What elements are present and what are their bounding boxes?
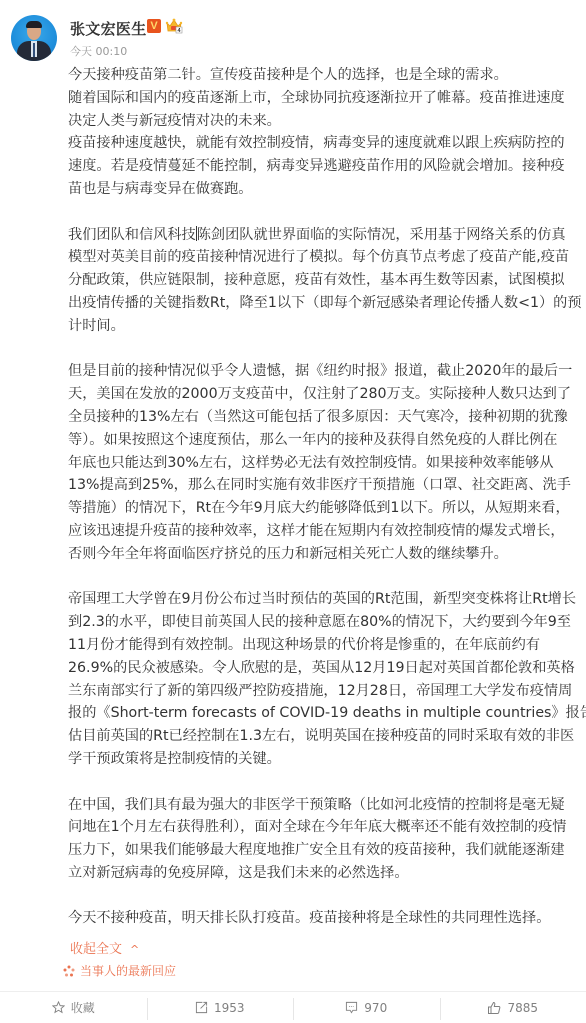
text-line: 今天接种疫苗第二针。宣传疫苗接种是个人的选择，也是全球的需求。 (68, 64, 578, 87)
text-line: 等措施）的情况下，Rt在今年9月底大约能够降低到1以下。所以，从短期来看， (68, 497, 578, 520)
text-line: 计时间。 (68, 315, 578, 338)
latest-response-label: 当事人的最新回应 (80, 962, 176, 979)
post-header: 张文宏医生 V 4 今天 00:10 (0, 0, 586, 62)
author-name[interactable]: 张文宏医生 (70, 18, 147, 39)
text-line: 应该迅速提升疫苗的接种效率，这样才能在短期内有效控制疫情的爆发式增长， (68, 520, 578, 543)
comment-button[interactable]: 970 (293, 996, 440, 1020)
text-line: 学干预政策将是控制疫情的关键。 (68, 748, 578, 771)
favorite-label: 收藏 (71, 999, 95, 1016)
text-line: 苗也是与病毒变异在做赛跑。 (68, 178, 578, 201)
like-button[interactable]: 7885 (440, 996, 586, 1020)
text-line: 否则今年全年将面临医疗挤兑的压力和新冠相关死亡人数的继续攀升。 (68, 543, 578, 566)
comment-count: 970 (364, 1001, 387, 1015)
text-line: 今天不接种疫苗，明天排长队打疫苗。疫苗接种将是全球性的共同理性选择。 (68, 907, 578, 930)
text-line: 出疫情传播的关键指数Rt，降至1以下（即每个新冠感染者理论传播人数<1）的预 (68, 292, 578, 315)
chevron-up-icon: ^ (130, 943, 139, 956)
comment-icon (345, 1001, 358, 1014)
paragraph: 我们团队和信风科技陈剑团队就世界面临的实际情况，采用基于网络关系的仿真 模型对英… (68, 224, 578, 338)
paragraph: 今天接种疫苗第二针。宣传疫苗接种是个人的选择，也是全球的需求。 随着国际和国内的… (68, 64, 578, 201)
favorite-button[interactable]: 收藏 (0, 996, 147, 1020)
text-line: 帝国理工大学曾在9月份公布过当时预估的英国的Rt范围，新型突变株将让Rt增长 (68, 588, 578, 611)
collapse-full-text-button[interactable]: 收起全文^ (70, 938, 139, 957)
text-line: 兰东南部实行了新的第四级严控防疫措施，12月28日，帝国理工大学发布疫情周 (68, 680, 578, 703)
text-line: 问地在1个月左右获得胜利），面对全球在今年年底大概率还不能有效控制的疫情 (68, 816, 578, 839)
action-bar: 收藏 1953 970 7885 (0, 991, 586, 1023)
avatar-tie (33, 43, 35, 57)
text-line: 疫苗接种速度越快，就能有效控制疫情，病毒变异的速度就难以跟上疾病防控的 (68, 132, 578, 155)
text-line: 压力下，如果我们能够最大程度地推广安全且有效的疫苗接种，我们就能逐渐建 (68, 839, 578, 862)
text-line: 等）。如果按照这个速度预估，那么一年内的接种及获得自然免疫的人群比例在 (68, 429, 578, 452)
text-line: 模型对英美目前的疫苗接种情况进行了模拟。每个仿真节点考虑了疫苗产能,疫苗 (68, 246, 578, 269)
text-line: 在中国，我们具有最为强大的非医学干预策略（比如河北疫情的控制将是毫无疑 (68, 794, 578, 817)
collapse-label: 收起全文 (70, 942, 122, 957)
paragraph: 但是目前的接种情况似乎令人遗憾，据《纽约时报》报道，截止2020年的最后一 天，… (68, 360, 578, 565)
text-line: 速度。若是疫情蔓延不能控制，病毒变异逃避疫苗作用的风险就会增加。接种疫 (68, 155, 578, 178)
text-line: 立对新冠病毒的免疫屏障，这是我们未来的必然选择。 (68, 862, 578, 885)
repost-count: 1953 (214, 1001, 245, 1015)
crown-icon[interactable]: 4 (165, 17, 183, 34)
text-line: 11月份才能得到有效控制。出现这种场景的代价将是惨重的，在年底前约有 (68, 634, 578, 657)
text-line: 决定人类与新冠疫情对决的未来。 (68, 110, 578, 133)
text-segment: 陈剑团队就世界面临的实际情况，采用基于网络关系的仿真 (197, 227, 566, 243)
text-line: 全员接种的13%左右（当然这可能包括了很多原因：天气寒冷，接种初期的犹豫 (68, 406, 578, 429)
text-line: 13%提高到25%，那么在同时实施有效非医疗干预措施（口罩、社交距离、洗手 (68, 474, 578, 497)
text-line: 年底也只能达到30%左右，这样势必无法有效控制疫情。如果接种效率能够从 (68, 452, 578, 475)
paragraph: 在中国，我们具有最为强大的非医学干预策略（比如河北疫情的控制将是毫无疑 问地在1… (68, 794, 578, 885)
paragraph: 帝国理工大学曾在9月份公布过当时预估的英国的Rt范围，新型突变株将让Rt增长 到… (68, 588, 578, 770)
text-line: 天，美国在发放的2000万支疫苗中，仅注射了280万支。实际接种人数只达到了 (68, 383, 578, 406)
text-segment: 我们团队和信风科技 (68, 227, 196, 243)
star-icon (52, 1001, 65, 1014)
latest-response-link[interactable]: 当事人的最新回应 (62, 962, 176, 979)
like-count: 7885 (507, 1001, 538, 1015)
text-line: 报的《Short-term forecasts of COVID-19 deat… (68, 702, 578, 725)
text-line: 但是目前的接种情况似乎令人遗憾，据《纽约时报》报道，截止2020年的最后一 (68, 360, 578, 383)
text-line: 随着国际和国内的疫苗逐渐上市，全球协同抗疫逐渐拉开了帷幕。疫苗推进速度 (68, 87, 578, 110)
verified-badge-icon[interactable]: V (147, 19, 161, 33)
paragraph: 今天不接种疫苗，明天排长队打疫苗。疫苗接种将是全球性的共同理性选择。 (68, 907, 578, 930)
text-line: 估目前英国的Rt已经控制在1.3左右，说明英国在接种疫苗的同时采取有效的非医 (68, 725, 578, 748)
share-icon (195, 1001, 208, 1014)
text-line: 分配政策，供应链限制，接种意愿，疫苗有效性，基本再生数等因素，试图模拟 (68, 269, 578, 292)
avatar-hair (26, 21, 42, 28)
sparkle-icon (62, 964, 76, 978)
text-line: 我们团队和信风科技陈剑团队就世界面临的实际情况，采用基于网络关系的仿真 (68, 224, 578, 247)
text-line: 26.9%的民众被感染。令人欣慰的是，英国从12月19日起对英国首都伦敦和英格 (68, 657, 578, 680)
post-body: 今天接种疫苗第二针。宣传疫苗接种是个人的选择，也是全球的需求。 随着国际和国内的… (68, 64, 578, 930)
text-line: 到2.3的水平，即使目前英国人民的接种意愿在80%的情况下，大约要到今年9至 (68, 611, 578, 634)
post-timestamp[interactable]: 今天 00:10 (70, 43, 127, 59)
thumbs-up-icon (487, 1001, 501, 1015)
avatar[interactable] (11, 15, 57, 61)
repost-button[interactable]: 1953 (147, 996, 294, 1020)
